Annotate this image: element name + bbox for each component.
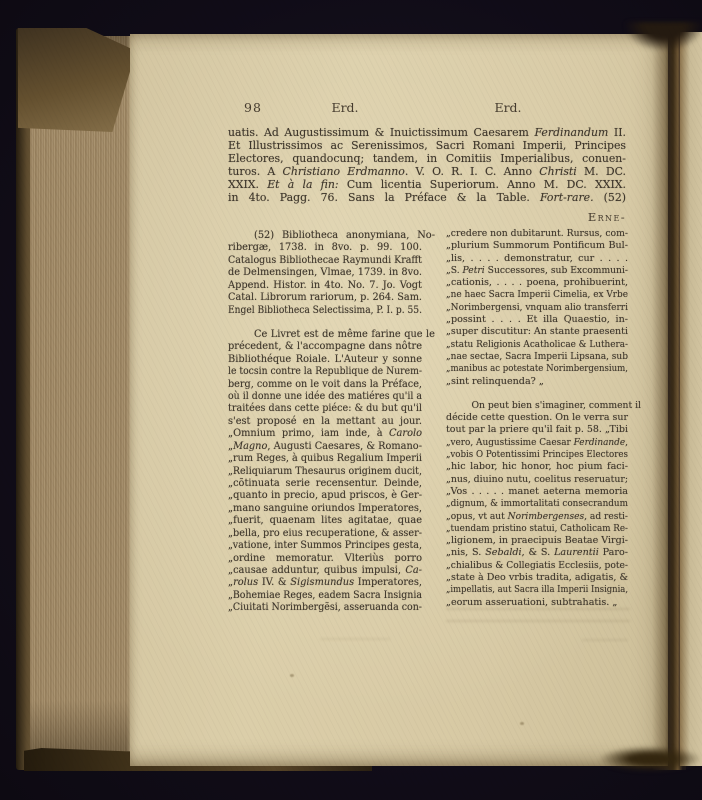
text-line: berg, comme on le voit dans la Préface, [228,379,422,391]
text-line: „ne haec Sacra Imperii Cimelia, ex Vrbe [446,289,628,301]
text-line: uatis. Ad Augustissimum & Inuictissimum … [228,126,626,139]
book-photo: 98 Erd. Erd. uatis. Ad Augustissimum & I… [0,0,702,800]
intro-paragraph: uatis. Ad Augustissimum & Inuictissimum … [228,126,626,205]
text-line: „S. Petri Successores, sub Excommuni- [446,265,628,277]
text-line: traitées dans cette piéce: & du but qu'i… [228,403,422,415]
text-line: „quanto in precio, apud priscos, è Ger- [228,490,422,502]
page-fore-edge [30,36,134,766]
paragraph-commentary: Ce Livret est de même farine que lepréce… [228,329,422,615]
text-line: „rolus IV. & Sigismundus Imperatores, [228,577,422,589]
text-line: in 4to. Pagg. 76. Sans la Préface & la T… [228,191,626,204]
text-line: „vero, Augustissime Caesar Ferdinande, [446,437,628,449]
text-line: „rum Reges, à quibus Regalium Imperii [228,453,422,465]
text-line: ribergæ, 1738. in 8vo. p. 99. 100. [228,242,422,254]
text-line: „sint relinquenda? „ [446,376,628,388]
paragraph-prayer: On peut bien s'imaginer, comment ildécid… [446,400,628,609]
text-line: „super discutitur: An stante praesenti [446,326,628,338]
text-line: „cõtinuata serie recensentur. Deinde, [228,478,422,490]
text-line: „Magno, Augusti Caesares, & Romano- [228,441,422,453]
text-line: „Ciuitati Norimbergẽsi, asseruanda con- [228,602,422,614]
text-line: „mano sanguine oriundos Imperatores, [228,503,422,515]
paragraph-bibliography: (52) Bibliotheca anonymiana, No-ribergæ,… [228,230,422,317]
text-line: „Vos . . . . . manet aeterna memoria [446,486,628,498]
paper-speck [290,674,294,677]
show-through-ghost [320,628,390,640]
text-line: tout par la priere qu'il fait p. 58. „Ti… [446,424,628,436]
text-line: „opus, vt aut Norimbergenses, ad resti- [446,511,628,523]
text-line: „statu Religionis Acatholicae & Luthera- [446,339,628,351]
text-line: „nus, diuino nutu, coelitus reseruatur; [446,474,628,486]
right-column: „credere non dubitarunt. Rursus, com-„pl… [446,228,628,609]
text-line: „manibus ac potestate Norimbergensium, [446,363,628,375]
text-line: décide cette question. On le verra sur [446,412,628,424]
text-line: Append. Histor. in 4to. No. 7. Jo. Vogt [228,280,422,292]
text-line: (52) Bibliotheca anonymiana, No- [228,230,422,242]
text-line: Engel Bibliotheca Selectissima, P. I. p.… [228,305,422,317]
running-head-right: Erd. [478,100,538,115]
running-head-row: 98 Erd. Erd. [130,100,668,118]
text-line: „plurium Summorum Pontificum Bul- [446,240,628,252]
text-line: XXIX. Et à la fin: Cum licentia Superior… [228,178,626,191]
text-line: „impellatis, aut Sacra illa Imperii Insi… [446,584,628,596]
text-line: „tuendam pristino statui, Catholicam Re- [446,523,628,535]
text-line: Et Illustrissimos ac Serenissimos, Sacri… [228,139,626,152]
text-line: Catal. Librorum rariorum, p. 264. Sam. [228,292,422,304]
text-line: „eorum asseruationi, subtrahatis. „ [446,597,628,609]
text-line: „vatione, inter Summos Principes gesta, [228,540,422,552]
text-line: „ligionem, in praecipuis Beatae Virgi- [446,535,628,547]
text-line: „state à Deo vrbis tradita, adigatis, & [446,572,628,584]
gutter-bottom-smudge [598,746,702,772]
text-line: où il donne une idée des matiéres qu'il … [228,391,422,403]
text-line: Ce Livret est de même farine que le [228,329,422,341]
text-line: „dignum, & immortalitati consecrandum [446,498,628,510]
paragraph-quotation: „credere non dubitarunt. Rursus, com-„pl… [446,228,628,388]
text-line: „chialibus & Collegiatis Ecclesiis, pote… [446,560,628,572]
text-line: turos. A Christiano Erdmanno. V. O. R. I… [228,165,626,178]
text-line: Catalogus Bibliothecae Raymundi Krafft [228,255,422,267]
text-line: le tocsin contre la Republique de Nurem- [228,366,422,378]
text-line: „vobis O Potentissimi Principes Electore… [446,449,628,461]
text-line: „credere non dubitarunt. Rursus, com- [446,228,628,240]
show-through-ghost [582,630,628,641]
facing-page-edge [680,32,702,766]
text-line: „fuerit, quaenam lites agitatae, quae [228,515,422,527]
text-line: „Norimbergensi, vnquam alio transferri [446,302,628,314]
page-number: 98 [244,100,262,115]
text-line: Electores, quandocunq; tandem, in Comiti… [228,152,626,165]
text-line: „Bohemiae Reges, eadem Sacra Insignia [228,590,422,602]
text-line: „ordine memoratur. Vlteriùs porro [228,553,422,565]
catchword: Erne- [228,210,628,224]
text-line: de Delmensingen, Vlmae, 1739. in 8vo. [228,267,422,279]
text-line: „nis, S. Sebaldi, & S. Laurentii Paro- [446,547,628,559]
gutter-top-shadow [626,22,702,50]
text-line: s'est proposé en la mettant au jour. [228,416,422,428]
text-line: précedent, & l'accompagne dans nôtre [228,341,422,353]
text-line: „Reliquiarum Thesaurus originem ducit, [228,466,422,478]
text-line: „lis, . . . . demonstratur, cur . . . . [446,253,628,265]
text-line: „causae adduntur, quibus impulsi, Ca- [228,565,422,577]
running-head-left: Erd. [315,100,375,115]
text-line: „nae sectae, Sacra Imperii Lipsana, sub [446,351,628,363]
text-line: „possint . . . . Et illa Quaestio, in- [446,314,628,326]
text-line: „cationis, . . . . poena, prohibuerint, [446,277,628,289]
text-line: „bella, pro eius recuperatione, & asser- [228,528,422,540]
paper-speck [520,722,524,725]
text-line: On peut bien s'imaginer, comment il [446,400,628,412]
book-page: 98 Erd. Erd. uatis. Ad Augustissimum & I… [130,34,668,766]
text-line: Bibliothéque Roiale. L'Auteur y sonne [228,354,422,366]
left-column: (52) Bibliotheca anonymiana, No-ribergæ,… [228,230,422,615]
text-line: „hic labor, hic honor, hoc pium faci- [446,461,628,473]
text-line: „Omnium primo, iam inde, à Carolo [228,428,422,440]
